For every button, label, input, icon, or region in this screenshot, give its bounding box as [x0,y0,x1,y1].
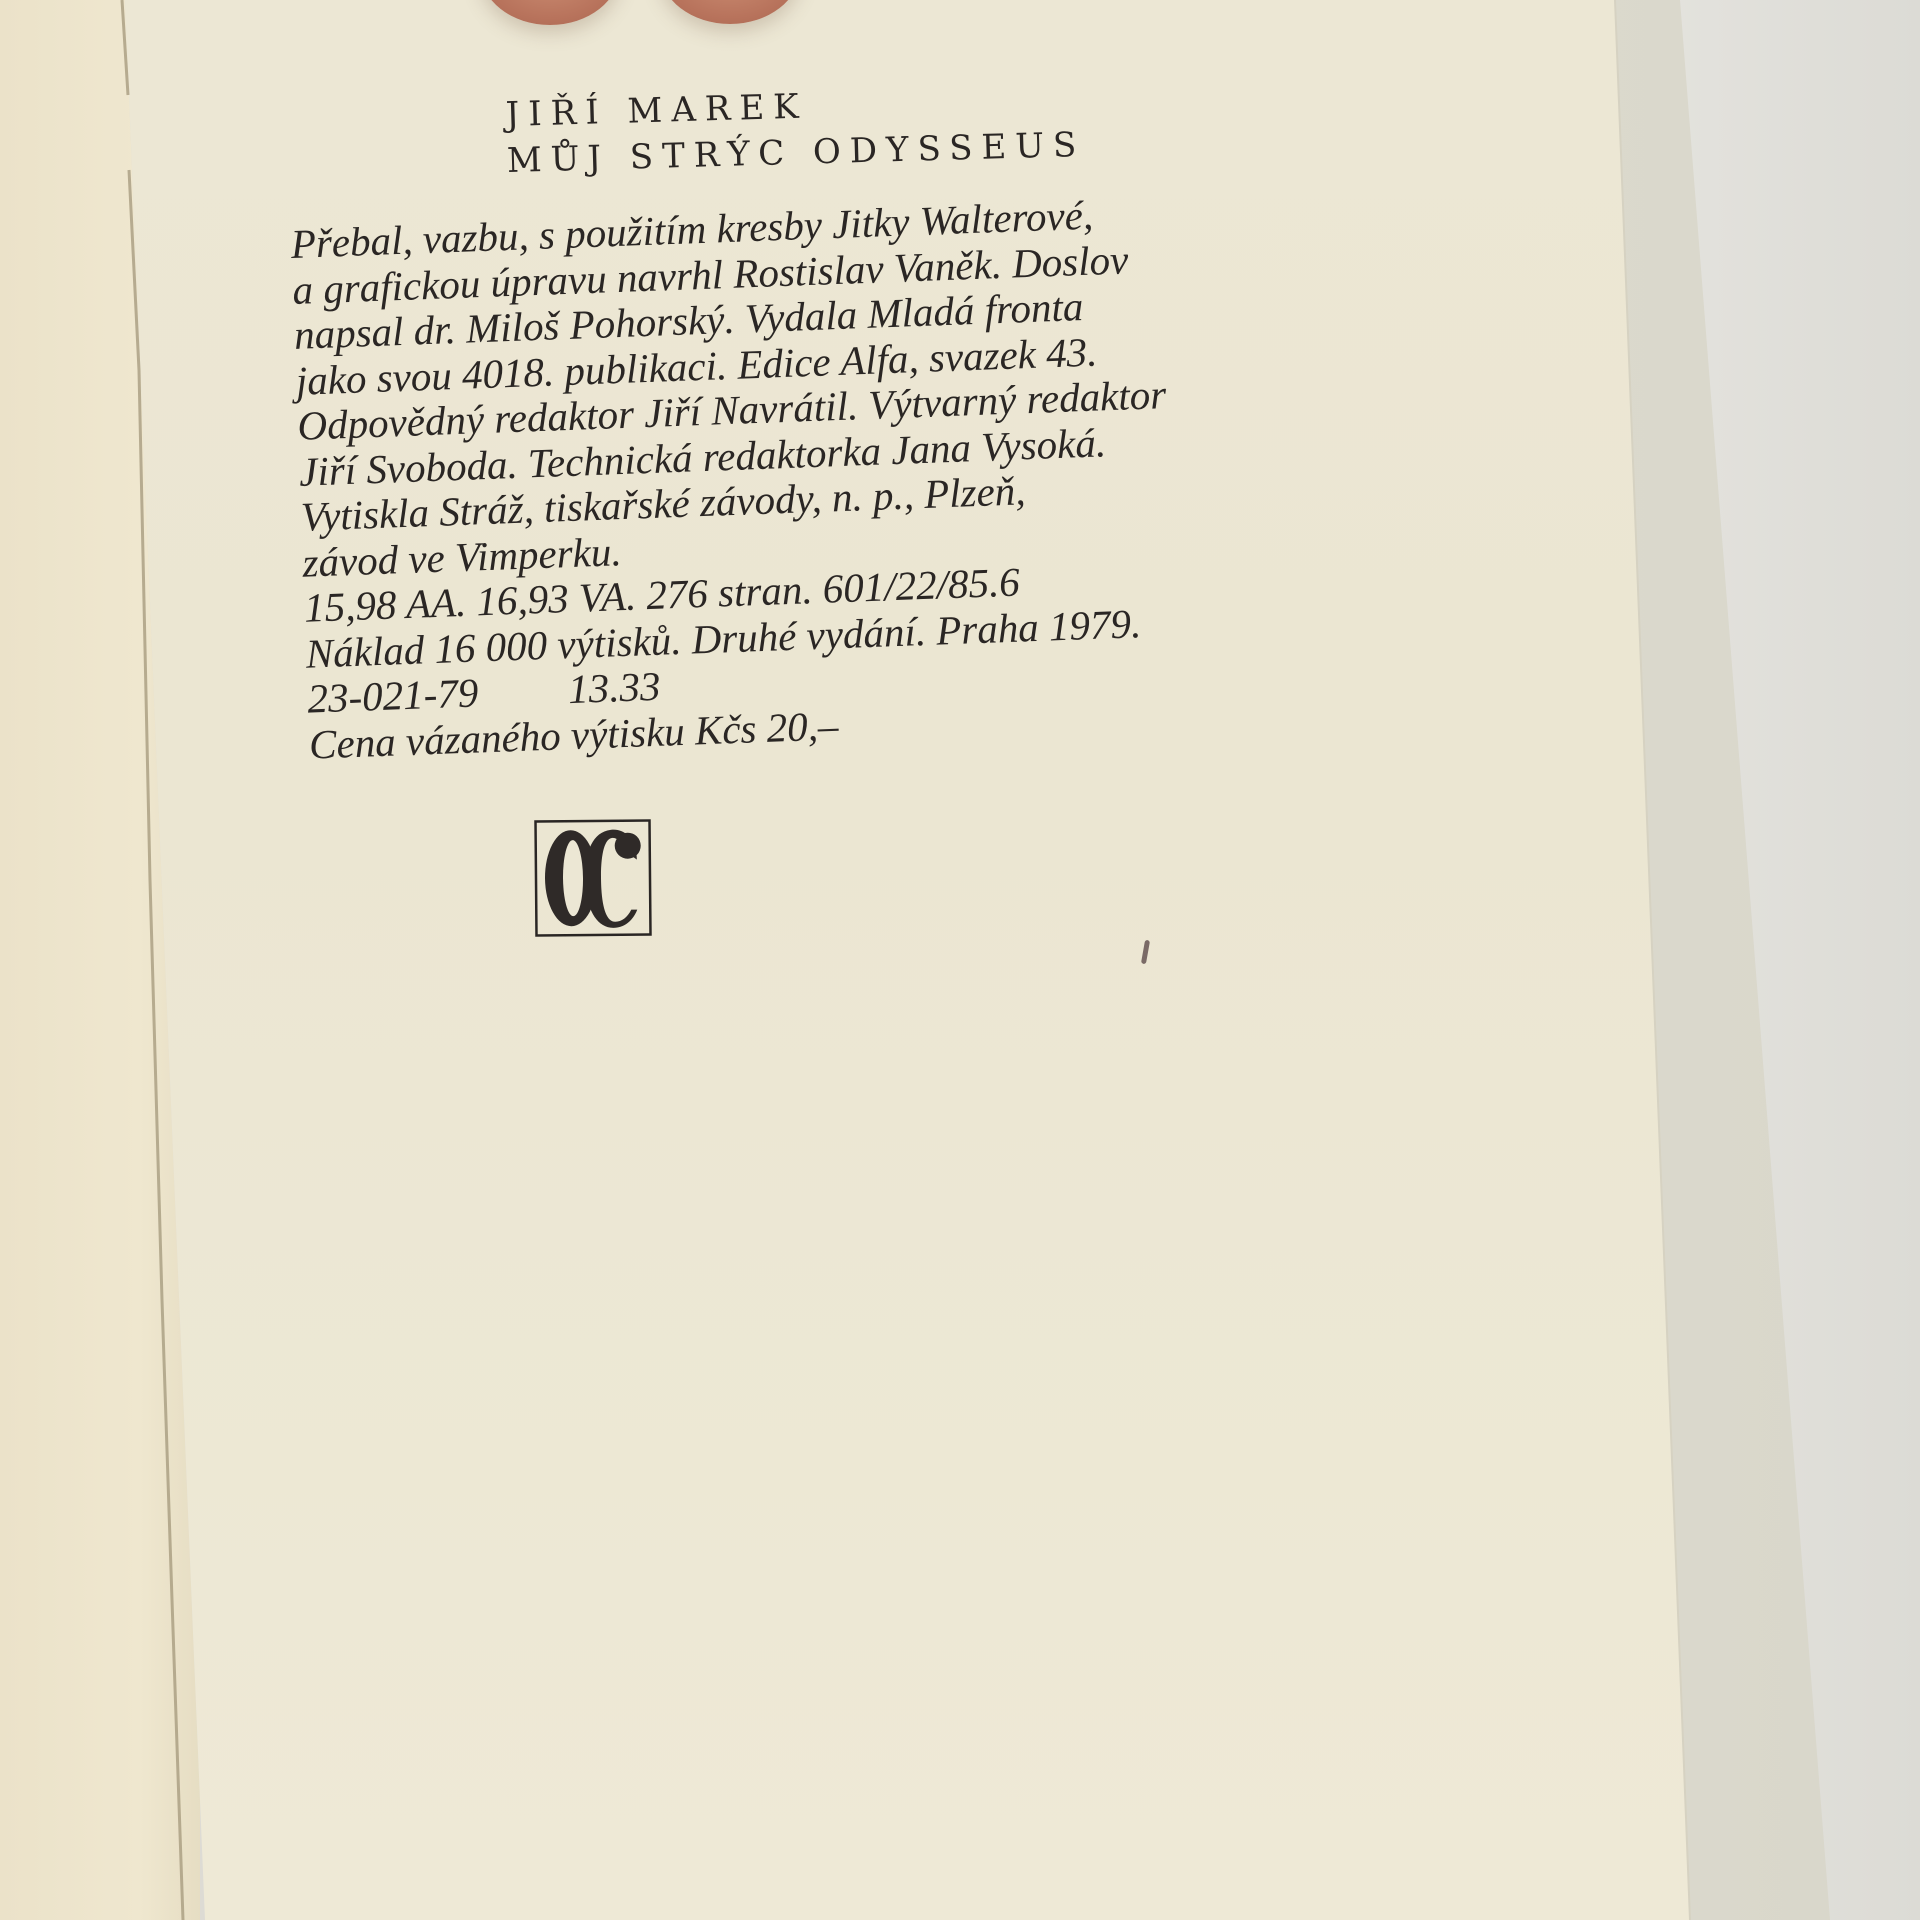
book-header: JIŘÍ MAREK MŮJ STRÝC ODYSSEUS [505,76,1086,184]
catalog-code: 23-021-79 [307,669,479,721]
fingertips [0,0,1920,60]
publisher-logo-icon [532,817,653,938]
fingertip-right [660,0,800,24]
colophon-text: Přebal, vazbu, s použitím kresby Jitky W… [290,190,1179,767]
fingertip-left [480,0,620,25]
photo-scene: JIŘÍ MAREK MŮJ STRÝC ODYSSEUS Přebal, va… [0,0,1920,1920]
catalog-number: 13.33 [567,663,661,712]
